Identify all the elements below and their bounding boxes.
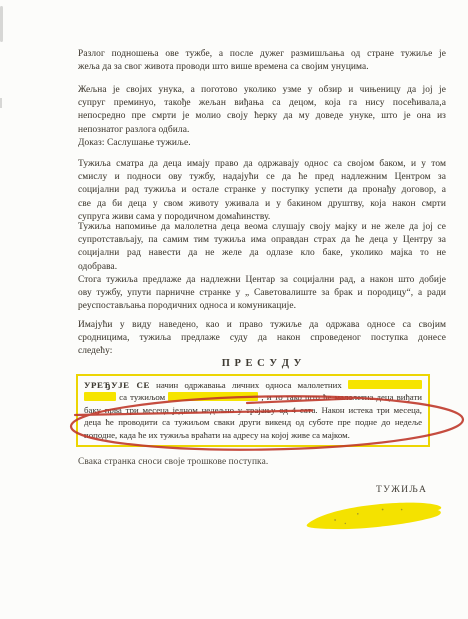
scan-artifact — [0, 6, 3, 42]
judgment-line-5: поподне, када ће их тужиља враћати на ад… — [84, 429, 422, 441]
paragraph-court-proposal: Имајући у виду наведено, као и право туж… — [78, 319, 446, 359]
scanned-court-document: Разлог подношења ове тужбе, а после дуже… — [0, 0, 468, 619]
redacted-signature — [300, 493, 447, 541]
signature-highlight-blob — [300, 493, 447, 541]
text-line: реуспостављања породичних односа и комун… — [78, 300, 446, 313]
paragraph-grandchildren: Жељна је својих унука, а поготово уколик… — [78, 84, 446, 137]
redaction-highlight — [168, 392, 258, 401]
text-line: све да би деца у свом животу уживала и у… — [78, 198, 446, 211]
judgment-line-4: деца ће проводити са тужиљом сваки други… — [84, 416, 422, 428]
text-line: супротстављају, па самим тим тужиља има … — [78, 234, 446, 247]
judgment-heading: П Р Е С У Д У — [78, 358, 446, 369]
paragraph-plaintiff-opinion: Тужиља сматра да деца имају право да одр… — [78, 158, 446, 224]
text-line: Стога тужиља предлаже да надлежни Центар… — [78, 274, 446, 287]
text-line: социјални рад тужиља и остале странке у … — [78, 184, 446, 197]
text-line: жеља да за свог живота проводи што више … — [78, 61, 446, 74]
decree-label: УРЕЂУЈЕ СЕ — [84, 380, 150, 390]
paragraph-children-note: Тужиља напомиње да малолетна деца веома … — [78, 221, 446, 274]
text-line: ову тужбу, упути парничне странке у „ Са… — [78, 287, 446, 300]
judgment-line-2: са тужиљом , и то тако што ће малолетна … — [84, 391, 422, 403]
text-line: Жељна је својих унука, а поготово уколик… — [78, 84, 446, 97]
scan-artifact — [0, 98, 2, 108]
text-line: Доказ: Саслушање тужиље. — [78, 137, 446, 150]
text-line: непосредно пре смрти је молио своју ћерк… — [78, 110, 446, 123]
paragraph-reason: Разлог подношења ове тужбе, а после дуже… — [78, 48, 446, 74]
text-line: супруг преминуо, такође жељан виђања са … — [78, 97, 446, 110]
text-line: следећу: — [78, 345, 446, 358]
judgment-line-3: баку прва три месеца једном недељно у тр… — [84, 404, 422, 416]
judgment-line-1: УРЕЂУЈЕ СЕ начин одржавања личних односа… — [84, 379, 422, 391]
costs-line: Свака странка сноси своје трошкове посту… — [78, 457, 268, 467]
text-line: социјални рад навести да не желе да одла… — [78, 247, 446, 260]
redaction-highlight — [84, 392, 116, 401]
plaintiff-label: ТУЖИЉА — [376, 484, 427, 495]
text-line: Тужиља сматра да деца имају право да одр… — [78, 158, 446, 171]
text-line: Имајући у виду наведено, као и право туж… — [78, 319, 446, 332]
text-line: сродницима, тужиља предлаже суду да нако… — [78, 332, 446, 345]
text-line: Тужиља напомиње да малолетна деца веома … — [78, 221, 446, 234]
text-line: смислу и подноси ову тужбу, надајући се … — [78, 171, 446, 184]
text-line: Разлог подношења ове тужбе, а после дуже… — [78, 48, 446, 61]
judgment-box: УРЕЂУЈЕ СЕ начин одржавања личних односа… — [76, 374, 430, 447]
paragraph-proposal-counseling: Стога тужиља предлаже да надлежни Центар… — [78, 274, 446, 314]
text-line: непознатог разлога одбила. — [78, 124, 446, 137]
redaction-highlight — [348, 380, 422, 389]
evidence-line: Доказ: Саслушање тужиље. — [78, 137, 446, 150]
text-line: одобрава. — [78, 261, 446, 274]
